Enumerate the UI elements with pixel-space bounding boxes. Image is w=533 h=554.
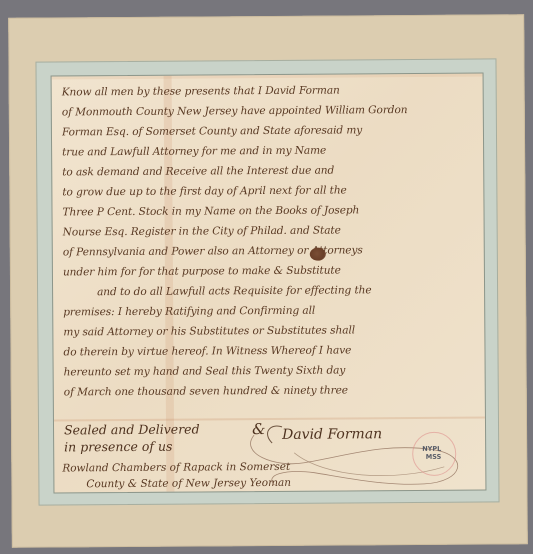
inner-mat: Know all men by these presents that I Da… — [35, 58, 499, 505]
witness-line: County & State of New Jersey Yeoman — [62, 475, 291, 493]
library-stamp: NYPL MSS — [422, 445, 441, 461]
document-body: Know all men by these presents that I Da… — [62, 80, 480, 403]
document-paper: Know all men by these presents that I Da… — [51, 72, 487, 493]
stamp-line: NYPL — [422, 445, 441, 453]
signature-david-forman: David Forman — [282, 426, 382, 443]
attestation-line: in presence of us — [64, 437, 200, 455]
witness-signature: Rowland Chambers of Rapack in Somerset C… — [62, 459, 291, 493]
wax-seal-mark — [310, 248, 326, 261]
body-line: of March one thousand seven hundred & ni… — [64, 380, 480, 403]
attestation-line: Sealed and Delivered — [64, 420, 200, 438]
outer-mat: Know all men by these presents that I Da… — [8, 14, 528, 548]
fold-crease-top — [52, 73, 483, 79]
attestation-clause: Sealed and Delivered in presence of us — [64, 420, 200, 455]
stamp-line: MSS — [422, 453, 441, 461]
attestation-ampersand: & — [252, 420, 265, 438]
witness-line: Rowland Chambers of Rapack in Somerset — [62, 459, 291, 477]
